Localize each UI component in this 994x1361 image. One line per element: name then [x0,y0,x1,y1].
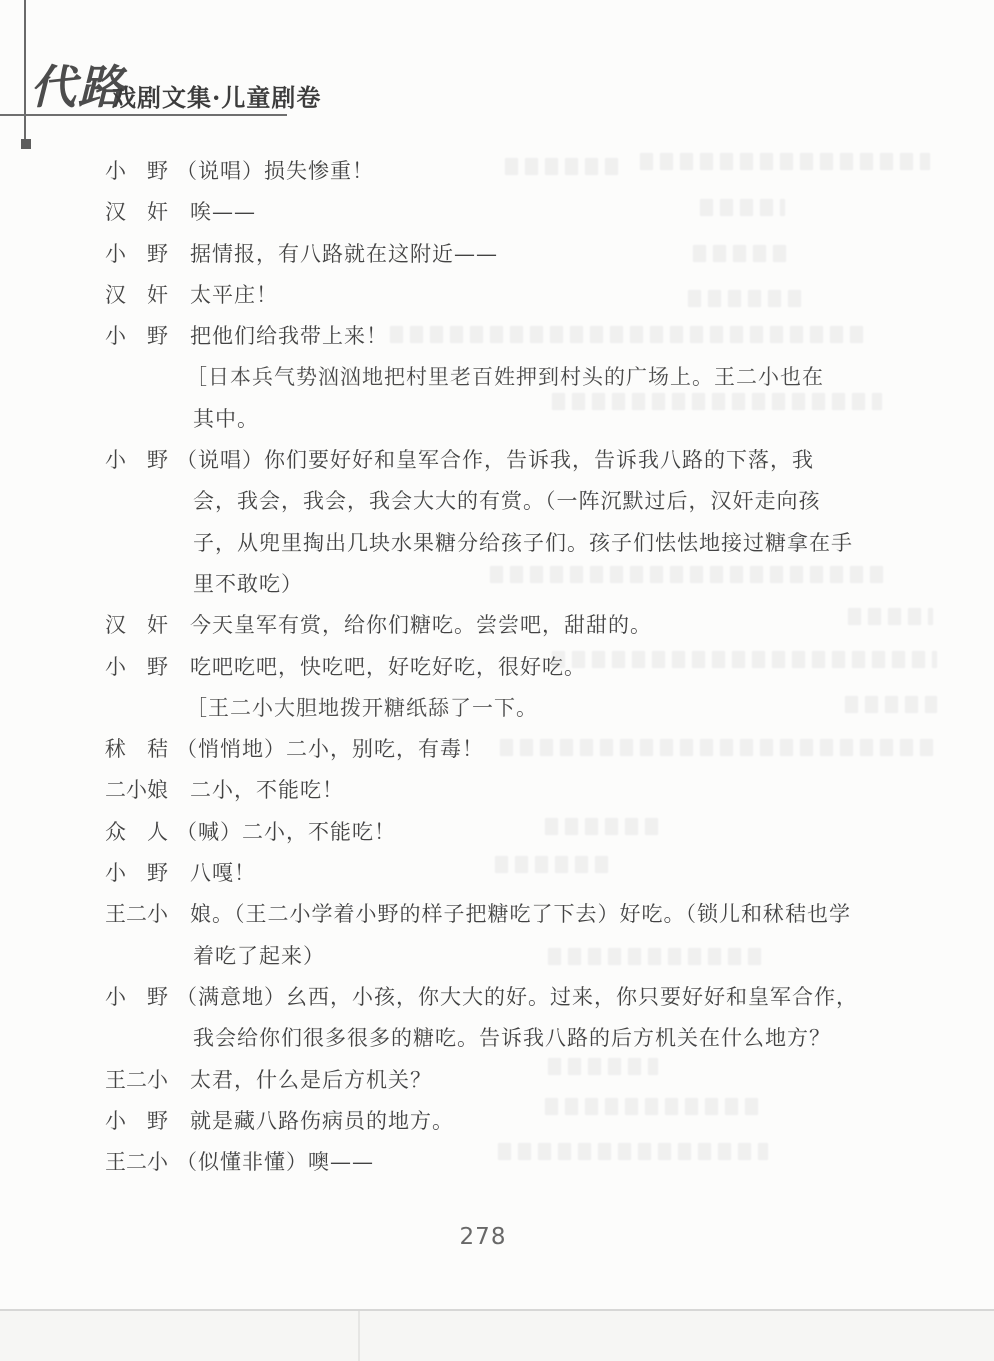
script-line: 汉 奸唉—— [0,192,994,233]
dialogue-text: 就是藏八路伤病员的地方。 [190,1101,454,1142]
speaker-name: 小 野 [105,647,168,688]
bleed-through-text [500,739,940,756]
bleed-through-text [640,153,930,170]
bleed-through-text [498,1143,768,1160]
next-page-strip [0,1311,994,1361]
bleed-through-text [495,856,610,873]
bleed-through-text [845,696,937,713]
script-line: 汉 奸今天皇军有赏，给你们糖吃。尝尝吧，甜甜的。 [0,605,994,646]
dialogue-text: （喊）二小，不能吃！ [176,812,396,853]
script-line: 小 野据情报，有八路就在这附近—— [0,234,994,275]
script-line: 我会给你们很多很多的糖吃。告诉我八路的后方机关在什么地方？ [0,1018,994,1059]
script-line: 着吃了起来） [0,936,994,977]
dialogue-text: 会，我会，我会，我会大大的有赏。（一阵沉默过后，汉奸走向孩 [193,481,821,522]
script-line: 小 野（满意地）幺西，小孩，你大大的好。过来，你只要好好和皇军合作， [0,977,994,1018]
bleed-through-text [552,393,882,410]
script-line: 子，从兜里掏出几块水果糖分给孩子们。孩子们怯怯地接过糖拿在手 [0,523,994,564]
bleed-through-text [545,818,665,835]
bleed-through-text [548,948,763,965]
bleed-through-text [552,651,937,668]
bleed-through-text [505,158,620,175]
dialogue-text: 今天皇军有赏，给你们糖吃。尝尝吧，甜甜的。 [190,605,652,646]
speaker-name: 小 野 [105,234,168,275]
script-line: 汉 奸太平庄！ [0,275,994,316]
dialogue-text: 娘。（王二小学着小野的样子把糖吃了下去）好吃。（锁儿和秫秸也学 [190,894,851,935]
speaker-name: 汉 奸 [105,192,168,233]
dialogue-text: 吃吧吃吧，快吃吧，好吃好吃，很好吃。 [190,647,586,688]
dialogue-text: 把他们给我带上来！ [190,316,388,357]
dialogue-text: （似懂非懂）噢—— [176,1142,374,1183]
speaker-name: 二小娘 [105,770,168,811]
margin-guide-square [21,139,31,149]
speaker-name: 小 野 [105,151,168,192]
speaker-name: 小 野 [105,440,168,481]
dialogue-text: 唉—— [190,192,256,233]
bleed-through-text [700,199,785,216]
header-rule [0,114,287,116]
dialogue-text: （说唱）损失惨重！ [176,151,374,192]
bleed-through-text [390,326,870,343]
dialogue-text: 二小，不能吃！ [190,770,344,811]
speaker-name: 秫 秸 [105,729,168,770]
speaker-name: 小 野 [105,977,168,1018]
speaker-name: 王二小 [105,1142,168,1183]
script-line: 小 野（说唱）你们要好好和皇军合作，告诉我，告诉我八路的下落，我 [0,440,994,481]
dialogue-text: 据情报，有八路就在这附近—— [190,234,498,275]
dialogue-text: 里不敢吃） [193,564,303,605]
bleed-through-text [548,1058,658,1075]
speaker-name: 王二小 [105,894,168,935]
bleed-through-text [688,290,803,307]
stage-direction-text: 其中。 [193,399,259,440]
bleed-through-text [490,566,885,583]
script-line: 会，我会，我会，我会大大的有赏。（一阵沉默过后，汉奸走向孩 [0,481,994,522]
speaker-name: 小 野 [105,1101,168,1142]
dialogue-text: 太君，什么是后方机关？ [190,1060,432,1101]
bleed-through-text [848,608,933,625]
speaker-name: 汉 奸 [105,605,168,646]
bleed-through-text [693,245,793,262]
speaker-name: 小 野 [105,316,168,357]
script-line: 小 野就是藏八路伤病员的地方。 [0,1101,994,1142]
speaker-name: 众 人 [105,812,168,853]
page-number: 278 [0,1224,966,1250]
script-line: 王二小（似懂非懂）噢—— [0,1142,994,1183]
speaker-name: 汉 奸 [105,275,168,316]
dialogue-text: 着吃了起来） [193,936,325,977]
speaker-name: 王二小 [105,1060,168,1101]
dialogue-text: 我会给你们很多很多的糖吃。告诉我八路的后方机关在什么地方？ [193,1018,831,1059]
series-title: 戏剧文集·儿童剧卷 [112,84,321,112]
dialogue-text: 八嘎！ [190,853,256,894]
script-line: 王二小太君，什么是后方机关？ [0,1060,994,1101]
next-page-edge-line [358,1311,360,1361]
dialogue-text: （说唱）你们要好好和皇军合作，告诉我，告诉我八路的下落，我 [176,440,814,481]
speaker-name: 小 野 [105,853,168,894]
book-page: 代路 戏剧文集·儿童剧卷 小 野（说唱）损失惨重！ 汉 奸唉—— 小 野据情报，… [0,0,994,1361]
dialogue-text: （悄悄地）二小，别吃，有毒！ [176,729,484,770]
script-line: 二小娘二小，不能吃！ [0,770,994,811]
dialogue-text: 太平庄！ [190,275,278,316]
script-line: 众 人（喊）二小，不能吃！ [0,812,994,853]
stage-direction-text: ［王二小大胆地拨开糖纸舔了一下。 [186,688,538,729]
dialogue-text: （满意地）幺西，小孩，你大大的好。过来，你只要好好和皇军合作， [176,977,858,1018]
margin-guide-line [24,0,26,145]
bleed-through-text [545,1098,760,1115]
dialogue-text: 子，从兜里掏出几块水果糖分给孩子们。孩子们怯怯地接过糖拿在手 [193,523,853,564]
script-line: 王二小娘。（王二小学着小野的样子把糖吃了下去）好吃。（锁儿和秫秸也学 [0,894,994,935]
